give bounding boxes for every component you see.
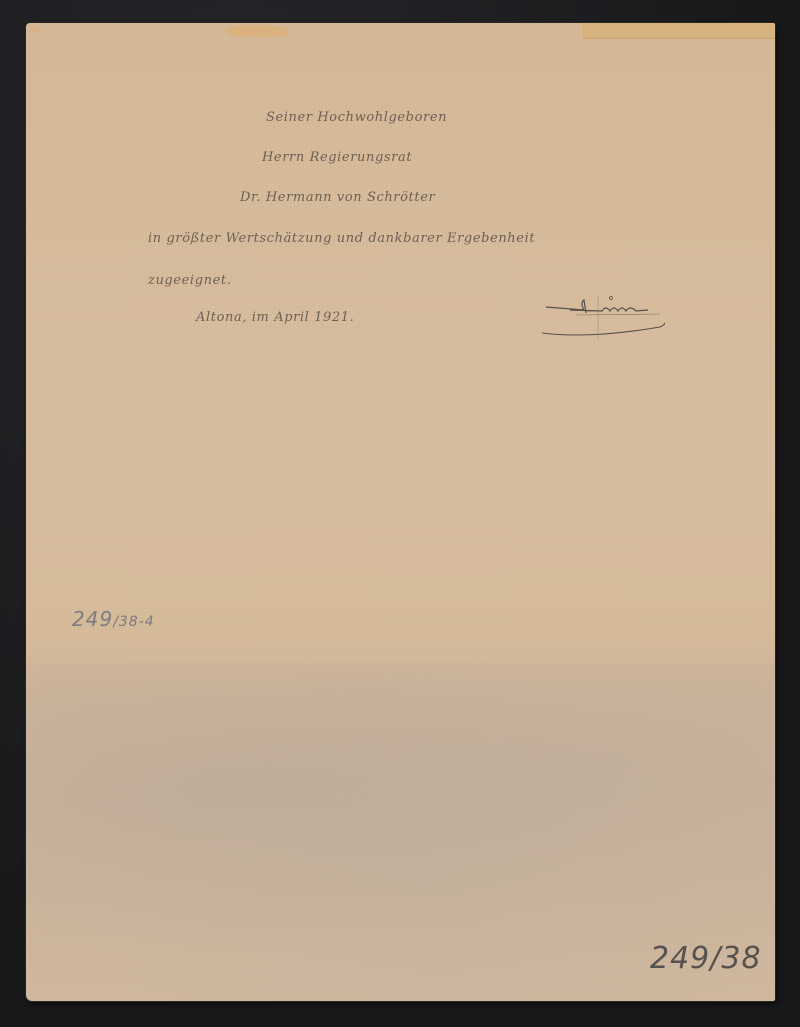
- archive-number-pencil: 249/38-4: [72, 607, 155, 631]
- dedication-line-sentiment: in größter Wertschätzung und dankbarer E…: [148, 231, 535, 246]
- archive-number-sub: /38-4: [113, 614, 155, 630]
- tape-strip: [582, 23, 775, 39]
- archive-number-main: 249: [72, 607, 113, 631]
- document-card: Seiner Hochwohlgeboren Herrn Regierungsr…: [26, 23, 775, 1001]
- dedication-line-dedicated: zugeeignet.: [148, 273, 231, 288]
- dedication-line-salutation: Seiner Hochwohlgeboren: [266, 110, 447, 125]
- dedication-line-title: Herrn Regierungsrat: [262, 150, 412, 165]
- corner-mark: [29, 26, 43, 33]
- signature: [540, 293, 670, 343]
- archive-number-bottom: 249/38: [650, 941, 762, 976]
- tape-remnant: [226, 25, 290, 37]
- dedication-line-name: Dr. Hermann von Schrötter: [240, 190, 435, 205]
- dedication-line-place-date: Altona, im April 1921.: [196, 310, 354, 325]
- signature-icon: [540, 293, 670, 343]
